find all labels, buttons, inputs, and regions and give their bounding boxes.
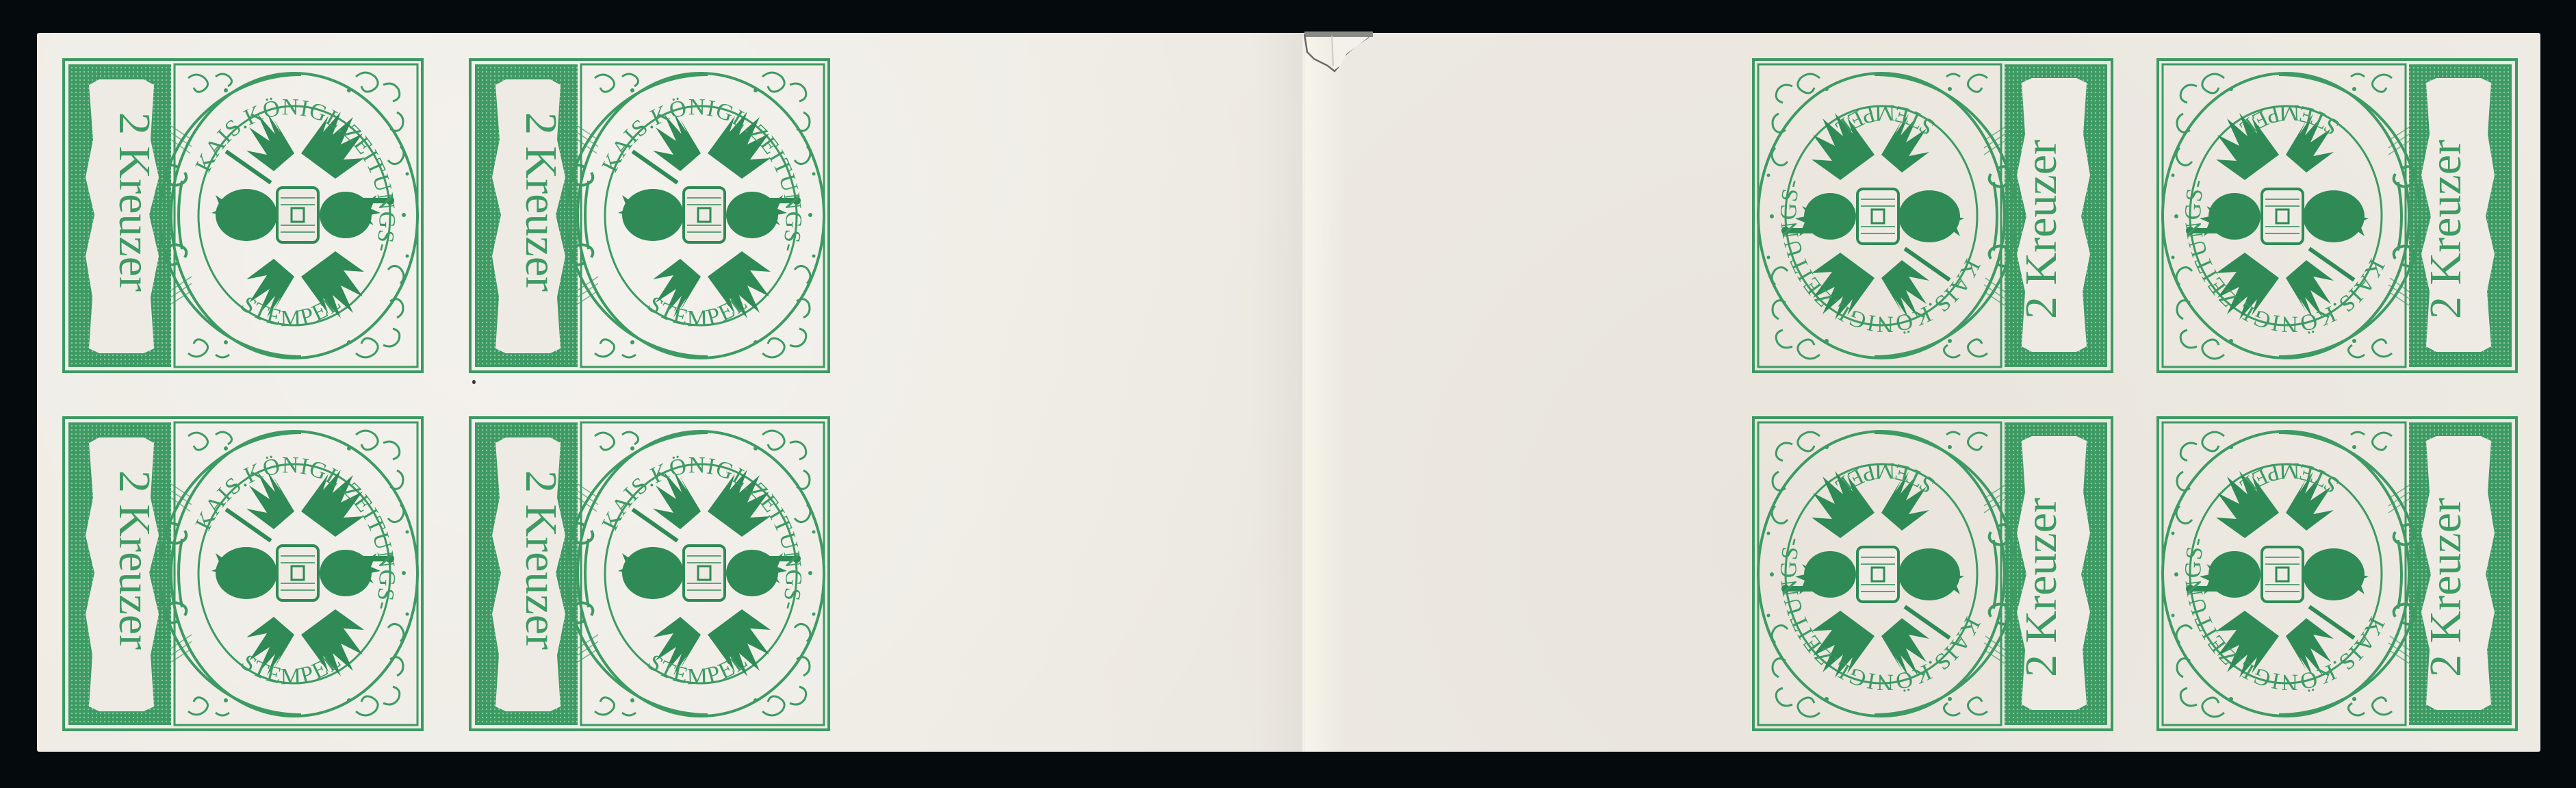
legend-text-bottom: STEMPEL <box>1829 458 1940 500</box>
gutter-shade <box>1252 33 1302 752</box>
legend-text-bottom: STEMPEL <box>2234 458 2344 500</box>
paper-tear-icon <box>1300 31 1396 100</box>
stamp-left-r2c2: 2 Kreuzer KAIS.KÖNIGL.ZEITUNGS- STEMPEL <box>468 416 831 732</box>
stamp-right-r1c1: 2 Kreuzer KAIS.KÖNIGL.ZEITUNGS- STEMPEL <box>1751 58 2114 374</box>
legend-text-bottom: STEMPEL <box>643 290 753 332</box>
denomination-text: 2 Kreuzer <box>2016 498 2066 677</box>
denomination-text: 2 Kreuzer <box>2016 140 2066 319</box>
stamp-right-r2c2: 2 Kreuzer KAIS.KÖNIGL.ZEITUNGS- STEMPEL <box>2156 416 2519 732</box>
denomination-text: 2 Kreuzer <box>110 112 159 292</box>
stamp-left-r1c1: 2 Kreuzer KAIS.KÖNIGL.ZEITUNGS- STEMPEL <box>62 58 424 374</box>
stamp-left-r2c1: 2 Kreuzer KAIS.KÖNIGL.ZEITUNGS- STEMPEL <box>62 416 424 732</box>
denomination-text: 2 Kreuzer <box>110 470 159 650</box>
stamp-left-r1c2: 2 Kreuzer KAIS.KÖNIGL.ZEITUNGS- STEMPEL <box>468 58 831 374</box>
denomination-text: 2 Kreuzer <box>2421 498 2471 677</box>
denomination-text: 2 Kreuzer <box>516 112 566 292</box>
legend-text-bottom: STEMPEL <box>236 648 346 690</box>
legend-text-bottom: STEMPEL <box>643 648 753 690</box>
gutter-fold-highlight <box>1304 33 1345 752</box>
legend-text-bottom: STEMPEL <box>2234 100 2344 142</box>
stamp-right-r1c2: 2 Kreuzer KAIS.KÖNIGL.ZEITUNGS- STEMPEL <box>2156 58 2519 374</box>
denomination-text: 2 Kreuzer <box>2421 140 2471 319</box>
legend-text-bottom: STEMPEL <box>236 290 346 332</box>
legend-text-bottom: STEMPEL <box>1829 100 1940 142</box>
paper-speck <box>472 380 476 384</box>
denomination-text: 2 Kreuzer <box>516 470 566 650</box>
stamp-right-r2c1: 2 Kreuzer KAIS.KÖNIGL.ZEITUNGS- STEMPEL <box>1751 416 2114 732</box>
